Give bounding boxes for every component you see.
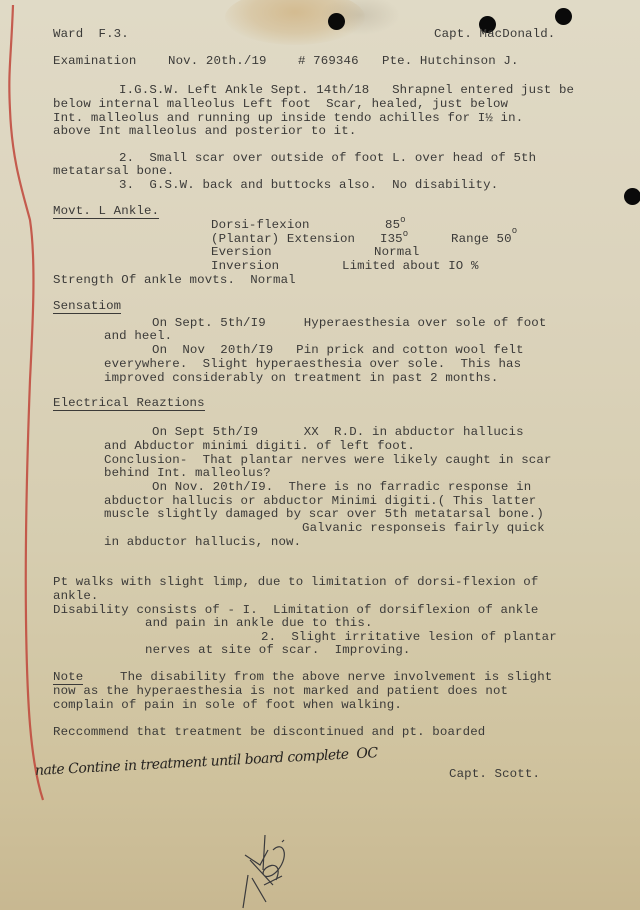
note-line: complain of pain in sole of foot when wa… — [53, 698, 402, 712]
wound-1-line: I.G.S.W. Left Ankle Sept. 14th/18 Shrapn… — [119, 83, 574, 97]
electrical-line: muscle slightly damaged by scar over 5th… — [104, 507, 544, 521]
movement-value: Normal — [374, 245, 420, 259]
examination-date: Nov. 20th./19 — [168, 54, 267, 68]
electrical-line: Conclusion- That plantar nerves were lik… — [104, 453, 552, 467]
examination-label: Examination — [53, 54, 136, 68]
movement-label: Inversion — [211, 259, 279, 273]
punch-hole — [328, 13, 345, 30]
note-line: now as the hyperaesthesia is not marked … — [53, 684, 508, 698]
sensation-heading: Sensatiom — [53, 299, 121, 314]
electrical-line: On Nov. 20th/I9. There is no farradic re… — [152, 480, 531, 494]
patient-name: Pte. Hutchinson J. — [382, 54, 519, 68]
movement-value: Limited about IO % — [342, 259, 479, 273]
punch-hole — [624, 188, 640, 205]
movement-label: (Plantar) Extension — [211, 232, 355, 246]
electrical-line: in abductor hallucis, now. — [104, 535, 301, 549]
note-line: The disability from the above nerve invo… — [120, 670, 552, 684]
wound-3-line: 3. G.S.W. back and buttocks also. No dis… — [119, 178, 498, 192]
electrical-line: behind Int. malleolus? — [104, 466, 271, 480]
sensation-line: everywhere. Slight hyperaesthesia over s… — [104, 357, 521, 371]
wound-1-line: Int. malleolus and running up inside ten… — [53, 111, 523, 125]
punch-hole — [555, 8, 572, 25]
sensation-line: On Sept. 5th/I9 Hyperaesthesia over sole… — [152, 316, 546, 330]
sensation-line: improved considerably on treatment in pa… — [104, 371, 498, 385]
handwritten-annotation: nate Contine in treatment until board co… — [35, 745, 378, 779]
document-page: Ward F.3. Capt. MacDonald. Examination N… — [0, 0, 640, 910]
disability-line: Pt walks with slight limp, due to limita… — [53, 575, 538, 589]
movement-label: Eversion — [211, 245, 272, 259]
ward-label: Ward F.3. — [53, 27, 129, 41]
disability-line: ankle. — [53, 589, 99, 603]
wound-1-line: above Int malleolus and posterior to it. — [53, 124, 356, 138]
electrical-line: abductor hallucis or abductor Minimi dig… — [104, 494, 536, 508]
disability-line: and pain in ankle due to this. — [145, 616, 373, 630]
sensation-line: On Nov 20th/I9 Pin prick and cotton wool… — [152, 343, 524, 357]
electrical-line: Galvanic responseis fairly quick — [302, 521, 545, 535]
note-label: Note — [53, 670, 83, 685]
signatory-name: Capt. Scott. — [449, 767, 540, 781]
wound-2-line: metatarsal bone. — [53, 164, 174, 178]
movement-label: Dorsi-flexion — [211, 218, 310, 232]
disability-line: nerves at site of scar. Improving. — [145, 643, 411, 657]
movement-heading: Movt. L Ankle. — [53, 204, 159, 219]
disability-line: Disability consists of - I. Limitation o… — [53, 603, 538, 617]
electrical-heading: Electrical Reaztions — [53, 396, 205, 411]
physician-name: Capt. MacDonald. — [434, 27, 555, 41]
recommendation-line: Reccommend that treatment be discontinue… — [53, 725, 485, 739]
service-number: # 769346 — [298, 54, 359, 68]
wound-1-line: below internal malleolus Left foot Scar,… — [53, 97, 508, 111]
movement-range: Range 50o — [451, 232, 517, 247]
strength-line: Strength Of ankle movts. Normal — [53, 273, 296, 287]
electrical-line: On Sept 5th/I9 XX R.D. in abductor hallu… — [152, 425, 524, 439]
electrical-line: and Abductor minimi digiti. of left foot… — [104, 439, 415, 453]
sensation-line: and heel. — [104, 329, 172, 343]
signature-mark — [238, 830, 318, 910]
wound-2-line: 2. Small scar over outside of foot L. ov… — [119, 151, 536, 165]
disability-line: 2. Slight irritative lesion of plantar — [261, 630, 557, 644]
